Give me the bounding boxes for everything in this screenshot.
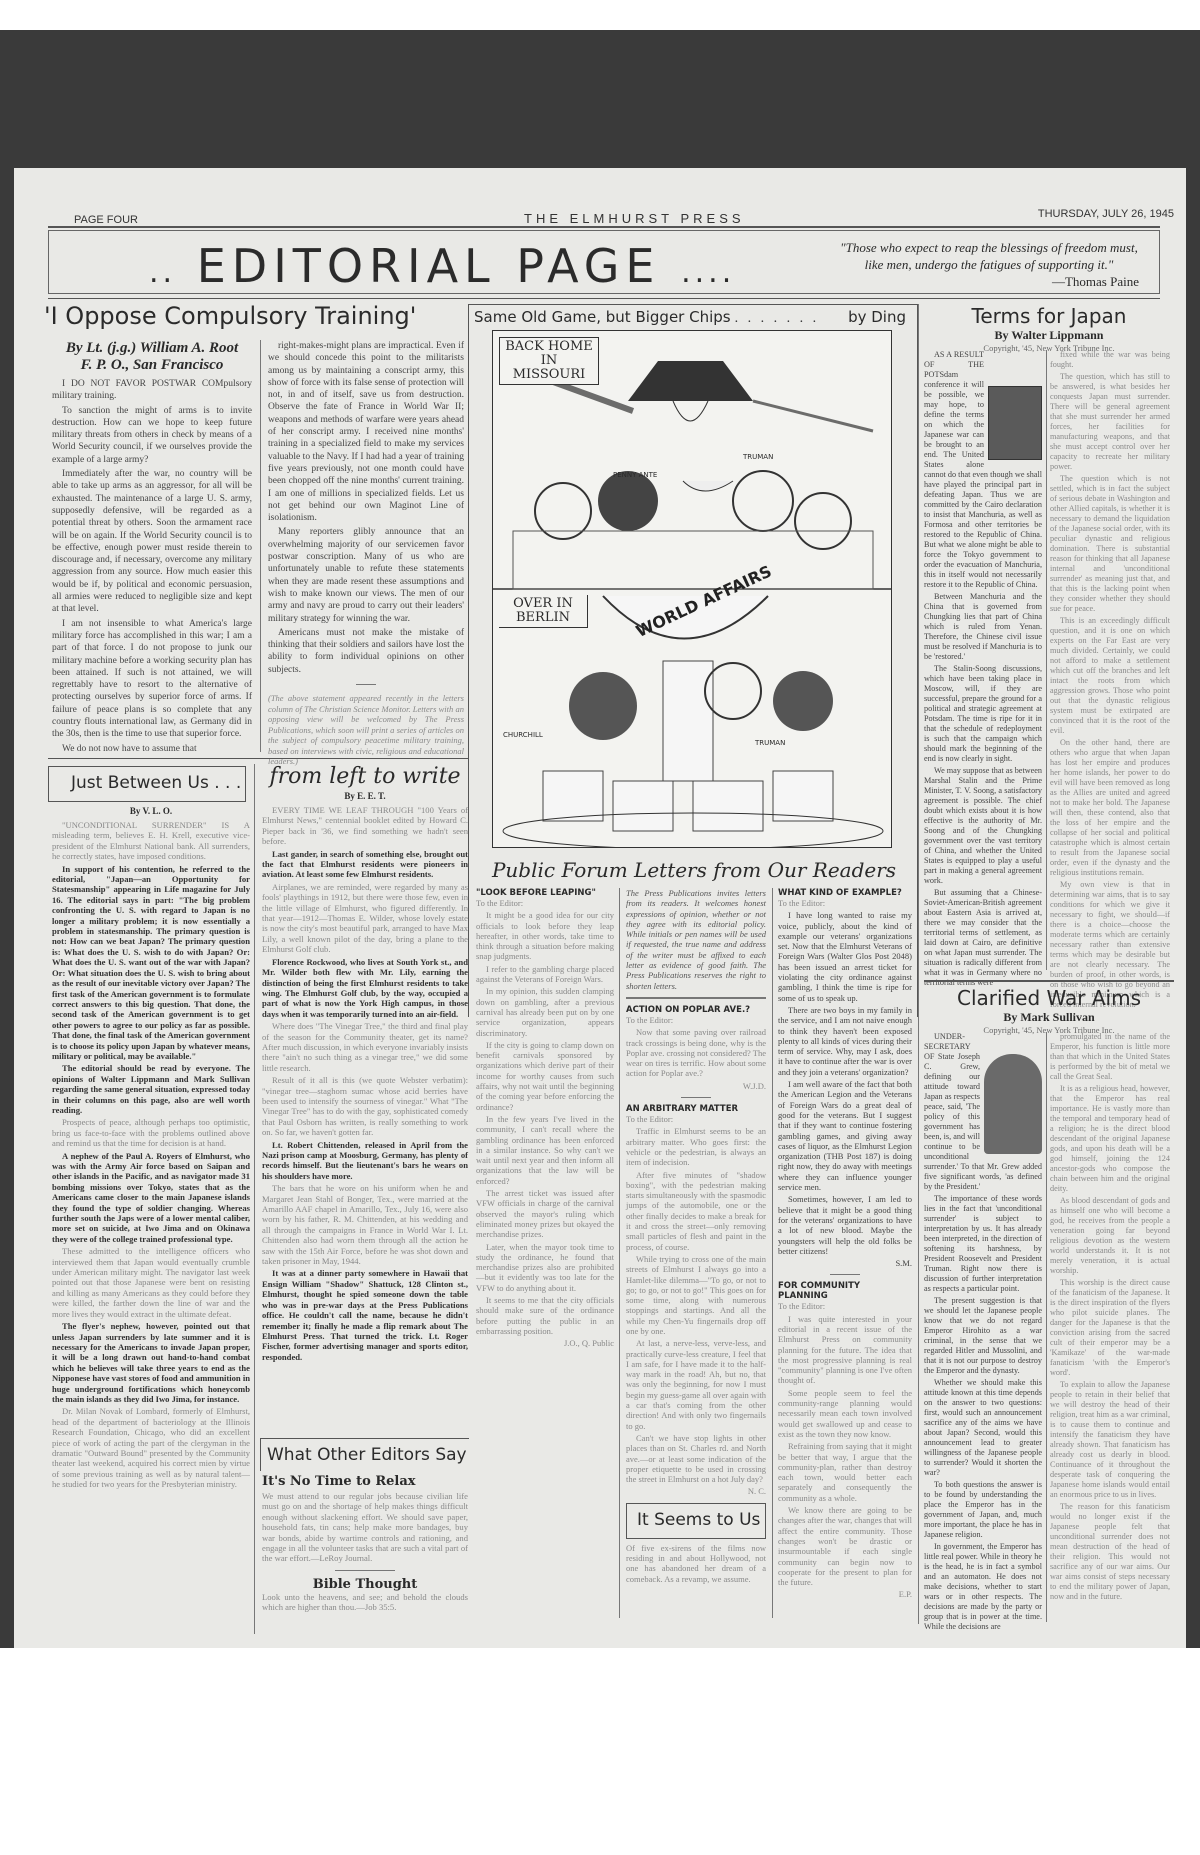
panel-top-label: BACK HOME IN MISSOURI [499,337,599,385]
paragraph: The bars that he wore on his uniform whe… [262,1183,468,1266]
paragraph: Between Manchuria and the China that is … [924,592,1042,662]
byline: By Walter Lippmann [924,328,1174,343]
paragraph: Americans must not make the mistake of t… [268,627,464,676]
author-photo-lippmann [988,386,1042,460]
paragraph: In government, the Emperor has little re… [924,1542,1042,1632]
forum-col-3: WHAT KIND OF EXAMPLE? To the Editor: I h… [778,888,912,1602]
paragraph: But assuming that a Chinese-Soviet-Ameri… [924,888,1042,988]
paragraph: Whether we should make this attitude kno… [924,1378,1042,1478]
character-label: TRUMAN [743,453,773,461]
paragraph: This worship is the direct cause of the … [1050,1278,1170,1378]
it-seems-header-box: It Seems to Us [626,1503,766,1539]
paragraph: "UNCONDITIONAL SURRENDER" IS A misleadin… [52,820,250,862]
paragraph: The flyer's nephew, however, pointed out… [52,1321,250,1404]
column-divider [918,304,919,1624]
paragraph: It was at a dinner party somewhere in Ha… [262,1268,468,1362]
salutation: To the Editor: [626,1015,766,1025]
just-between-us-column: By V. L. O. "UNCONDITIONAL SURRENDER" IS… [52,806,250,1492]
short-divider [681,1097,711,1098]
paragraph: After five minutes of "shadow boxing", w… [626,1170,766,1252]
signature: J.O., Q. Public [476,1338,614,1348]
other-editors-section: It's No Time to Relax We must attend to … [262,1474,468,1613]
paragraph: Later, when the mayor took time to study… [476,1242,614,1293]
article-body: right-makes-might plans are impractical.… [268,340,464,676]
column-divider [619,888,620,1618]
paragraph: Immediately after the war, no country wi… [52,468,252,616]
paragraph: The arrest ticket was issued after VFW o… [476,1188,614,1239]
section-headline: It Seems to Us [627,1504,765,1530]
letter-title: "LOOK BEFORE LEAPING" [476,888,614,898]
scan-top-border [0,0,1200,168]
issue-date: THURSDAY, JULY 26, 1945 [1038,208,1174,220]
masthead-rule [48,226,1160,228]
forum-policy: The Press Publications invites letters f… [626,888,766,991]
short-divider [335,1570,395,1571]
paragraph: The reason for this fanaticism would no … [1050,1502,1170,1602]
paragraph: The question which is not settled, which… [1050,474,1170,614]
paragraph: Airplanes, we are reminded, were regarde… [262,882,468,955]
public-forum-header: Public Forum Letters from Our Readers [474,858,914,882]
panel-bottom-label: OVER IN BERLIN [499,595,588,628]
signature: W.J.D. [626,1081,766,1091]
training-col-2: right-makes-might plans are impractical.… [268,340,464,767]
author-photo-sullivan [984,1054,1042,1154]
paragraph: Last gander, in search of something else… [262,849,468,880]
paragraph: Where does "The Vinegar Tree," the third… [262,1021,468,1073]
paragraph: fixed while the war was being fought. [1050,350,1170,370]
paragraph: A nephew of the Paul A. Royers of Elmhur… [52,1151,250,1245]
letter-title: ACTION ON POPLAR AVE.? [626,1005,766,1015]
quote-text: "Those who expect to reap the blessings … [840,240,1138,272]
article-headline: 'I Oppose Compulsory Training' [44,302,474,330]
paragraph: If the city is going to clamp down on be… [476,1040,614,1112]
paragraph: Traffic in Elmhurst seems to be an arbit… [626,1126,766,1167]
paragraph: Many reporters glibly announce that an o… [268,526,464,624]
article-headline: Terms for Japan [924,304,1174,328]
byline-location: F. P. O., San Francisco [52,357,252,374]
war-aims-col-2: promulgated in the name of the Emperor, … [1050,1032,1170,1604]
letter-body: To the Editor: Now that some paving over… [626,1015,766,1091]
paragraph: On the other hand, there are others who … [1050,738,1170,878]
paragraph: I was quite interested in your editorial… [778,1314,912,1386]
paragraph: promulgated in the name of the Emperor, … [1050,1032,1170,1082]
paragraph: Result of it all is this (we quote Webst… [262,1075,468,1137]
paragraph: Now that some paving over railroad track… [626,1027,766,1078]
letter-title: WHAT KIND OF EXAMPLE? [778,888,912,898]
paragraph: Lt. Robert Chittenden, released in April… [262,1140,468,1182]
article-terms-for-japan: Terms for Japan By Walter Lippmann Copyr… [924,304,1174,353]
paragraph: The question, which has still to be answ… [1050,372,1170,472]
article-body: I DO NOT FAVOR POSTWAR COMpulsory milita… [52,378,252,755]
paper-name: THE ELMHURST PRESS [524,211,745,226]
forum-col-2: The Press Publications invites letters f… [626,888,766,1584]
cartoon-title: Same Old Game, but Bigger Chips [474,308,731,326]
editorial-cartoon: WORLD AFFAIRS BACK HOME IN MISSOURI OVER… [492,330,892,848]
paragraph: I am not insensible to what America's la… [52,618,252,741]
short-divider [356,684,376,685]
column-headline: Just Between Us . . . [49,767,245,793]
scan-bottom-margin [0,1648,1200,1855]
column-headline: from left to write [262,764,468,789]
banner-quote: "Those who expect to reap the blessings … [839,239,1139,290]
editorial-banner: .. EDITORIAL PAGE .... "Those who expect… [48,230,1160,294]
letter-title: AN ARBITRARY MATTER [626,1104,766,1114]
paragraph: The importance of these words lies in th… [924,1194,1042,1294]
letter-body: To the Editor: Traffic in Elmhurst seems… [626,1114,766,1497]
paragraph: While trying to cross one of the main st… [626,1254,766,1336]
cartoon-credit: by Ding [848,308,906,326]
just-between-us-header-box: Just Between Us . . . [48,766,246,802]
paragraph: Dr. Milan Novak of Lombard, formerly of … [52,1406,250,1489]
quote-attribution: —Thomas Paine [839,273,1139,290]
paragraph: At last, a nerve-less, verve-less, and p… [626,1338,766,1431]
signature: E.P. [778,1589,912,1599]
column-divider [254,764,255,1634]
subheadline: It's No Time to Relax [262,1474,468,1489]
cartoon-illustration-icon: WORLD AFFAIRS [493,331,891,847]
paragraph: EVERY TIME WE LEAF THROUGH "100 Years of… [262,805,468,847]
byline: By E. E. T. [262,791,468,801]
banner-leading-dots: .. [149,255,176,290]
lamp-label: PENNY ANTE [613,471,657,479]
scan-top-margin [0,0,1200,30]
war-aims-col-1: UNDER-SECRETARY OF State Joseph C. Grew,… [924,1032,1042,1634]
it-seems-text: Of five ex-sirens of the films now resid… [626,1543,766,1584]
banner-title: EDITORIAL PAGE [197,239,661,293]
paragraph: right-makes-might plans are impractical.… [268,340,464,524]
editorial-excerpt: We must attend to our regular jobs becau… [262,1491,468,1564]
paragraph: These admitted to the intelligence offic… [52,1246,250,1319]
article-headline: Clarified War Aims [924,986,1174,1010]
paragraph: There are two boys in my family in the s… [778,1005,912,1077]
signature: S.M. [778,1258,912,1268]
section-headline: Public Forum Letters from Our Readers [474,858,914,882]
column-body: "UNCONDITIONAL SURRENDER" IS A misleadin… [52,820,250,1490]
paragraph: In support of his contention, he referre… [52,864,250,1062]
paragraph: We know there are going to be changes af… [778,1505,912,1587]
paragraph: I refer to the gambling charge placed ag… [476,964,614,985]
letter-body: To the Editor: It might be a good idea f… [476,898,614,1348]
paragraph: It is as a religious head, however, that… [1050,1084,1170,1194]
salutation: To the Editor: [778,898,912,908]
paragraph: It seems to me that the city officials s… [476,1295,614,1336]
character-label: TRUMAN [755,739,785,747]
banner-title-row: .. EDITORIAL PAGE .... [149,239,735,293]
article-compulsory-training: 'I Oppose Compulsory Training' [44,302,474,330]
byline: By Lt. (j.g.) William A. Root [52,340,252,357]
paragraph: To explain to allow the Japanese people … [1050,1380,1170,1500]
masthead: PAGE FOUR THE ELMHURST PRESS THURSDAY, J… [74,208,1174,228]
paragraph: In the few years I've lived in the commu… [476,1114,614,1186]
other-editors-header-box: What Other Editors Say [260,1438,469,1471]
signature: N. C. [626,1486,766,1496]
paragraph: It might be a good idea for our city off… [476,910,614,961]
paragraph: I am well aware of the fact that both th… [778,1079,912,1192]
article-clarified-war-aims: Clarified War Aims By Mark Sullivan Copy… [924,986,1174,1035]
cartoon-header: Same Old Game, but Bigger Chips . . . . … [474,308,914,327]
bible-thought-text: Look unto the heavens, and see; and beho… [262,1592,468,1613]
paragraph: As blood descendant of gods and as himse… [1050,1196,1170,1276]
divider [626,997,766,999]
letter-title: FOR COMMUNITY PLANNING [778,1281,912,1301]
letter-body: To the Editor: I have long wanted to rai… [778,898,912,1268]
paragraph: To sanction the might of arms is to invi… [52,405,252,466]
banner-rule [48,298,1160,299]
column-divider [260,340,261,752]
paragraph: Some people seem to feel the community-r… [778,1388,912,1439]
salutation: To the Editor: [778,1301,912,1311]
letter-body: To the Editor: I was quite interested in… [778,1301,912,1599]
byline: By V. L. O. [52,806,250,816]
paragraph: In my opinion, this sudden clamping down… [476,986,614,1037]
japan-col-2: fixed while the war was being fought. Th… [1050,350,1170,1012]
column-divider [772,888,773,1618]
page-label: PAGE FOUR [74,214,138,226]
byline: By Mark Sullivan [924,1010,1174,1025]
training-col-1: By Lt. (j.g.) William A. Root F. P. O., … [52,340,252,757]
banner-trailing-dots: .... [681,255,735,290]
section-rule [48,758,468,759]
paragraph: The editorial should be read by everyone… [52,1063,250,1115]
paragraph: Sometimes, however, I am led to believe … [778,1194,912,1256]
paragraph: Refraining from saying that it might be … [778,1441,912,1503]
editor-note: (The above statement appeared recently i… [268,693,464,767]
scan-left-border [0,168,14,1648]
section-headline: What Other Editors Say [261,1439,469,1465]
cartoon-dots: . . . . . . . [735,311,820,326]
scan-right-border [1186,168,1200,1648]
column-divider [1046,1032,1047,1622]
japan-col-1: AS A RESULT OF THE POTSdam conference it… [924,350,1042,990]
paragraph: Can't we have stop lights in other place… [626,1433,766,1484]
paragraph: Florence Rockwood, who lives at South Yo… [262,957,468,1019]
paragraph: To both questions the answer is to be fo… [924,1480,1042,1540]
salutation: To the Editor: [476,898,614,908]
forum-col-1: "LOOK BEFORE LEAPING" To the Editor: It … [476,888,614,1350]
section-rule [924,980,1174,982]
paragraph: The Stalin-Soong discussions, which have… [924,664,1042,764]
column-divider [1046,350,1047,970]
column-body: EVERY TIME WE LEAF THROUGH "100 Years of… [262,805,468,1362]
paragraph: Prospects of peace, although perhaps too… [52,1117,250,1148]
paragraph: The present suggestion is that we should… [924,1296,1042,1376]
short-divider [830,1274,860,1275]
paragraph: I DO NOT FAVOR POSTWAR COMpulsory milita… [52,378,252,403]
article-body: promulgated in the name of the Emperor, … [1050,1032,1170,1602]
salutation: To the Editor: [626,1114,766,1124]
article-body: fixed while the war was being fought. Th… [1050,350,1170,1010]
paragraph: We may suppose that as between Marshal S… [924,766,1042,886]
paragraph: This is an exceedingly difficult questio… [1050,616,1170,736]
bible-thought-headline: Bible Thought [262,1577,468,1592]
character-label: CHURCHILL [503,731,543,739]
paragraph: We do not now have to assume that [52,743,252,755]
paragraph: I have long wanted to raise my voice, pu… [778,910,912,1003]
left-to-write-column: from left to write By E. E. T. EVERY TIM… [262,764,468,1364]
newspaper-page: PAGE FOUR THE ELMHURST PRESS THURSDAY, J… [14,168,1186,1648]
